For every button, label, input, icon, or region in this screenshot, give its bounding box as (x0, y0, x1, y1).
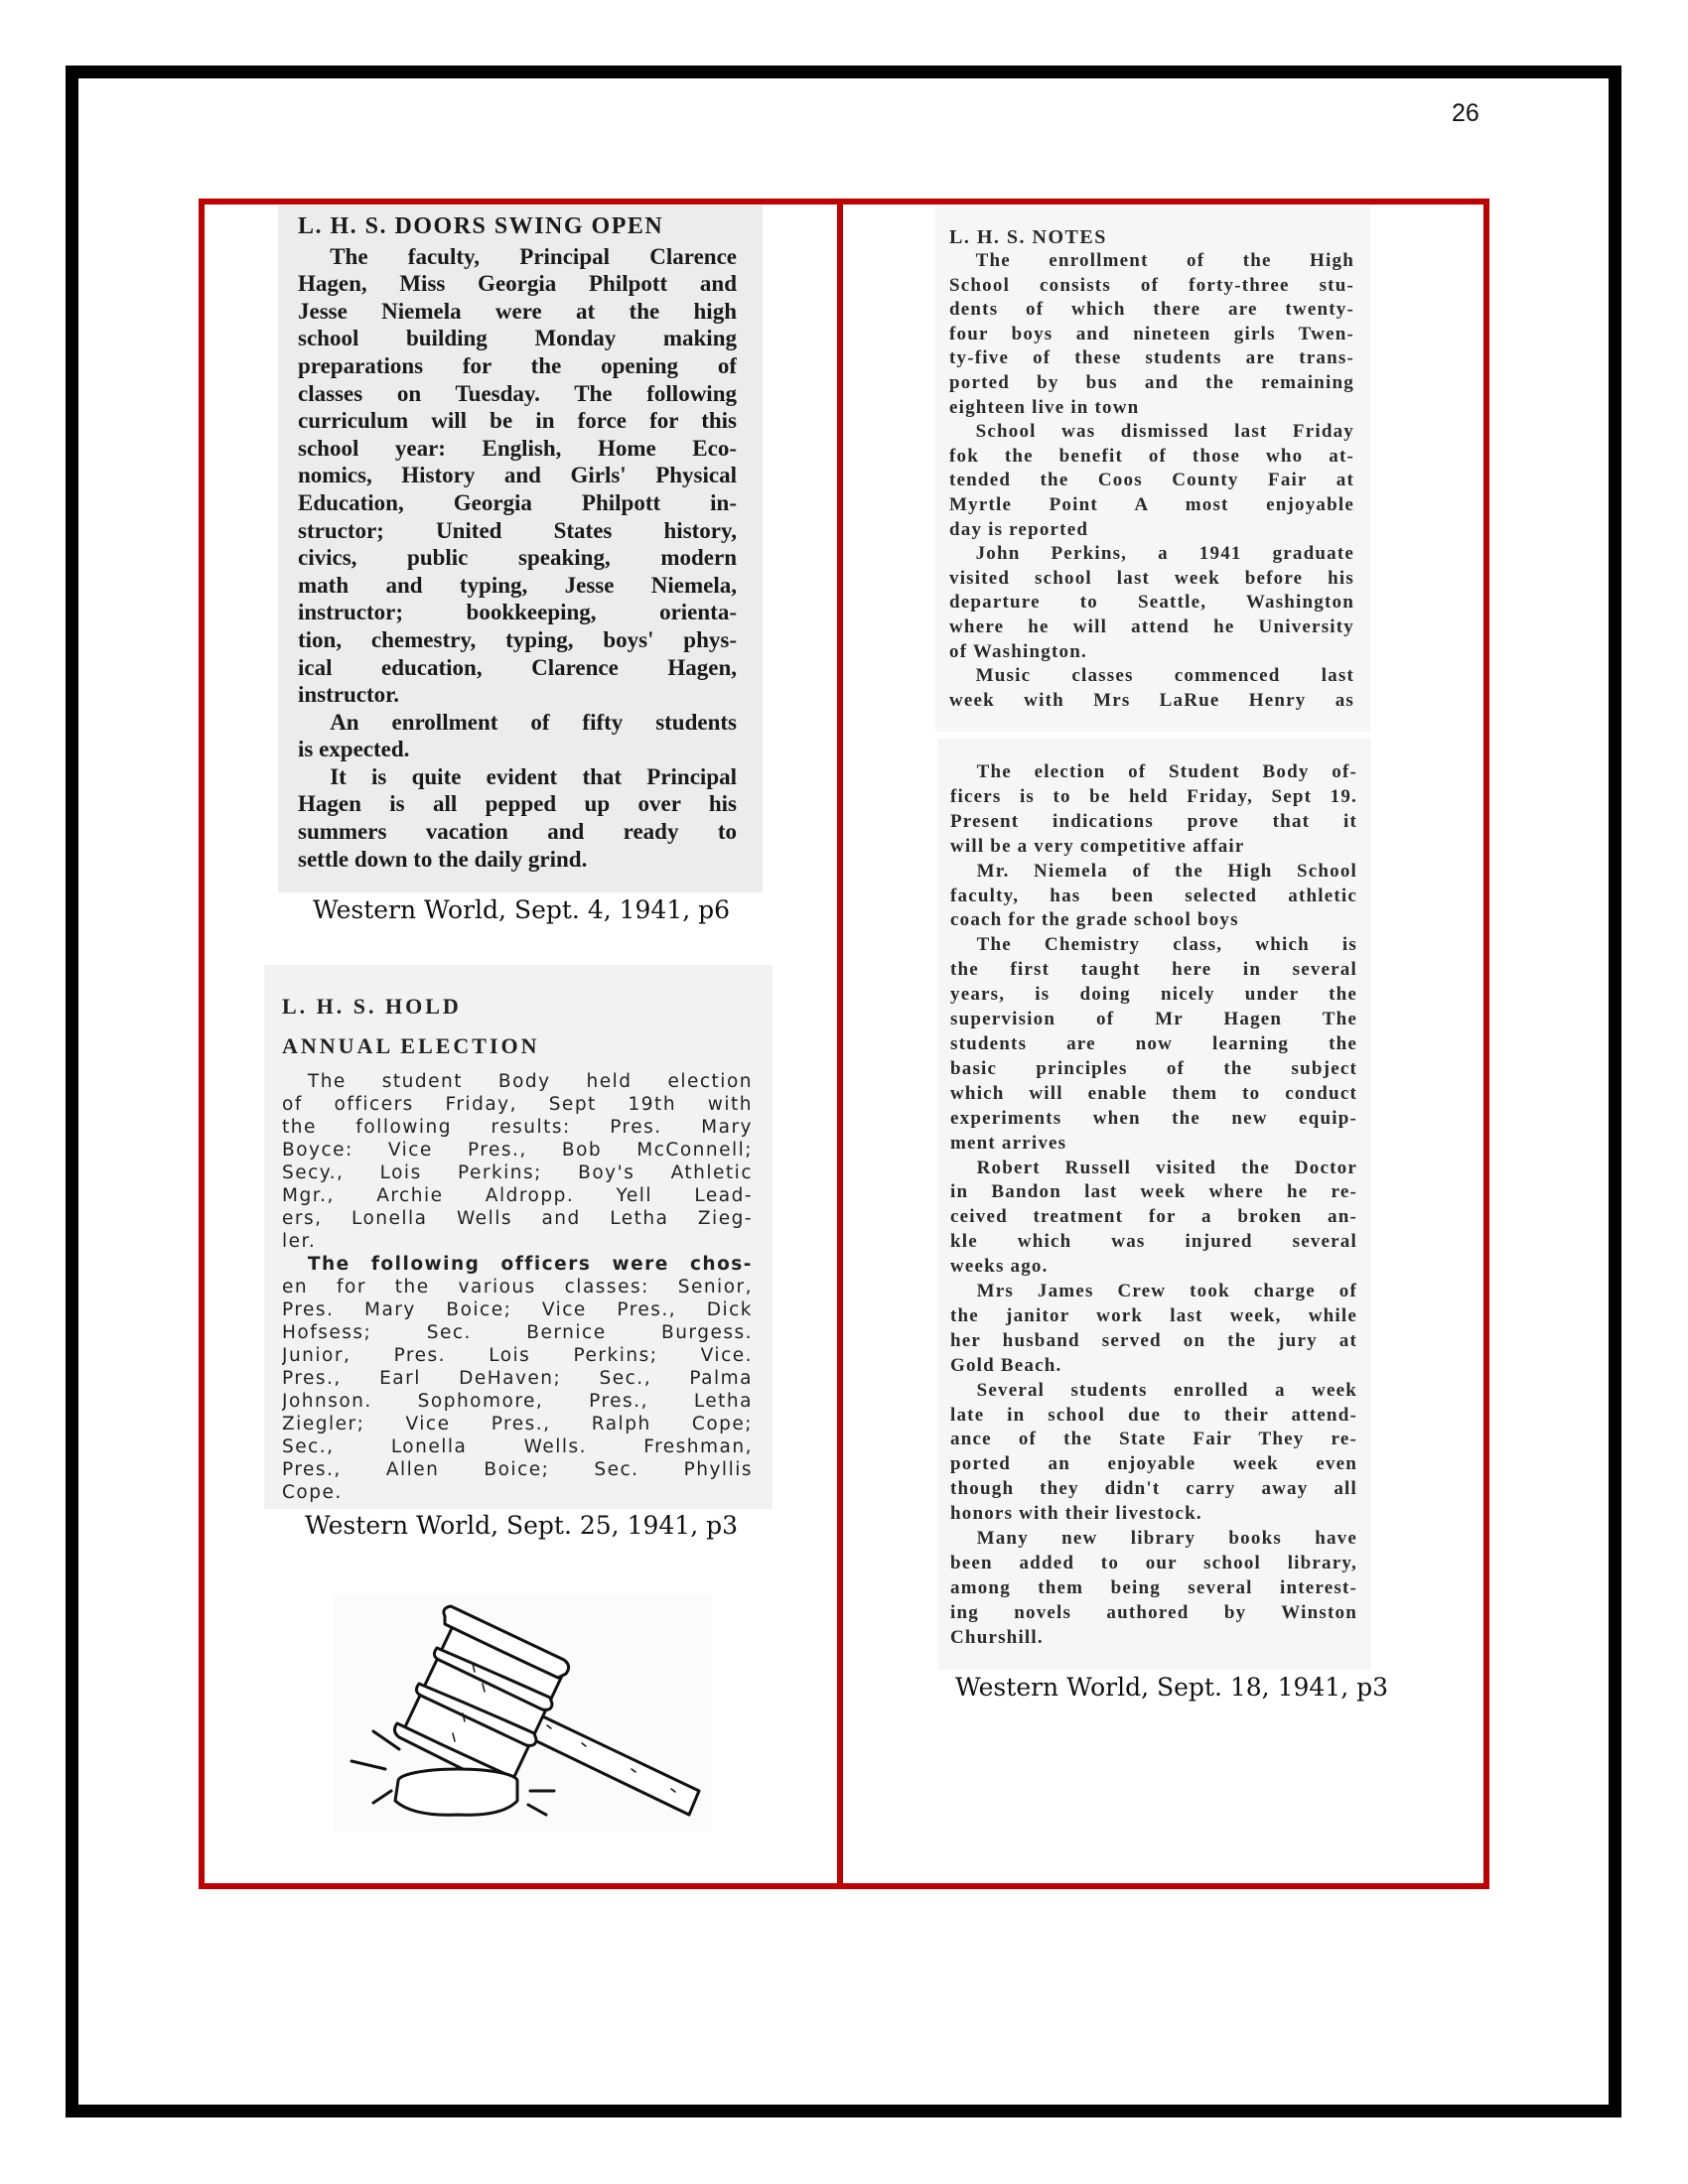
clipping-text-line: in Bandon last week where he re- (950, 1180, 1357, 1205)
clipping-text-line: four boys and nineteen girls Twen- (949, 323, 1354, 347)
clipping-text-line: Present indications prove that it (950, 810, 1357, 835)
clipping-lhs-notes-top: L. H. S. NOTES The enrollment of the Hig… (935, 205, 1370, 732)
clipping-caption: Western World, Sept. 25, 1941, p3 (258, 1511, 784, 1540)
clipping-text-line: The Chemistry class, which is (950, 933, 1357, 958)
clipping-text-line: ical education, Clarence Hagen, (298, 654, 737, 682)
clipping-text-line: Education, Georgia Philpott in- (298, 489, 737, 517)
clipping-text-line: It is quite evident that Principal (298, 763, 737, 791)
clipping-text-line: coach for the grade school boys (950, 908, 1357, 933)
clipping-text-line: school building Monday making (298, 325, 737, 352)
clipping-text-line: Sec., Lonella Wells. Freshman, (282, 1435, 753, 1458)
clipping-text-line: honors with their livestock. (950, 1502, 1357, 1527)
clipping-text-line: among them being several interest- (950, 1576, 1357, 1601)
clipping-text-line: Pres., Allen Boice; Sec. Phyllis (282, 1458, 753, 1481)
clipping-text-line: students are now learning the (950, 1032, 1357, 1057)
clipping-text-line: where he will attend he University (949, 615, 1354, 640)
clipping-text-line: weeks ago. (950, 1255, 1357, 1280)
clipping-text-line: preparations for the opening of (298, 352, 737, 380)
clipping-text-line: Churshill. (950, 1626, 1357, 1651)
clipping-text-line: Hagen is all pepped up over his (298, 790, 737, 818)
clipping-text-line: en for the various classes: Senior, (282, 1276, 753, 1298)
clipping-text-line: Pres. Mary Boice; Vice Pres., Dick (282, 1298, 753, 1321)
clipping-text-line: instructor; bookkeeping, orienta- (298, 599, 737, 626)
clipping-text-line: been added to our school library, (950, 1552, 1357, 1576)
page-number: 26 (1452, 99, 1479, 128)
clipping-lhs-notes-continued: The election of Student Body of-ficers i… (938, 739, 1371, 1670)
clipping-text-line: the janitor work last week, while (950, 1304, 1357, 1329)
clipping-text-line: John Perkins, a 1941 graduate (949, 542, 1354, 567)
clipping-text-line: late in school due to their attend- (950, 1404, 1357, 1429)
gavel-icon (334, 1594, 711, 1833)
clipping-text-line: Mr. Niemela of the High School (950, 860, 1357, 885)
clipping-text-line: tended the Coos County Fair at (949, 469, 1354, 493)
clipping-text-line: eighteen live in town (949, 396, 1354, 421)
clipping-text-line: civics, public speaking, modern (298, 544, 737, 572)
clipping-text-line: ficers is to be held Friday, Sept 19. (950, 785, 1357, 810)
clipping-text-line: The student Body held election (282, 1070, 753, 1093)
clipping-annual-election: L. H. S. HOLD ANNUAL ELECTION The studen… (264, 965, 773, 1509)
clipping-text-line: though they didn't carry away all (950, 1477, 1357, 1502)
clipping-headline: L. H. S. DOORS SWING OPEN (298, 213, 737, 241)
clipping-text-line: of Washington. (949, 640, 1354, 665)
clipping-text-line: Johnson. Sophomore, Pres., Letha (282, 1390, 753, 1413)
clipping-text-line: ceived treatment for a broken an- (950, 1205, 1357, 1230)
clipping-text-line: ers, Lonella Wells and Letha Zieg- (282, 1207, 753, 1230)
clipping-text-line: faculty, has been selected athletic (950, 885, 1357, 909)
clipping-text-line: week with Mrs LaRue Henry as (949, 689, 1354, 714)
clipping-text-line: tion, chemestry, typing, boys' phys- (298, 626, 737, 654)
clipping-text-line: Hagen, Miss Georgia Philpott and (298, 270, 737, 298)
clipping-text-line: Ziegler; Vice Pres., Ralph Cope; (282, 1413, 753, 1435)
clipping-text-line: Secy., Lois Perkins; Boy's Athletic (282, 1161, 753, 1184)
clipping-text-line: basic principles of the subject (950, 1057, 1357, 1082)
clipping-text-line: school year: English, Home Eco- (298, 435, 737, 463)
clipping-body: The faculty, Principal ClarenceHagen, Mi… (298, 243, 737, 874)
clipping-text-line: The faculty, Principal Clarence (298, 243, 737, 271)
clipping-text-line: dents of which there are twenty- (949, 298, 1354, 323)
clipping-body: The student Body held electionof officer… (282, 1070, 753, 1504)
clipping-text-line: Robert Russell visited the Doctor (950, 1157, 1357, 1181)
clipping-text-line: instructor. (298, 681, 737, 709)
clipping-text-line: Mrs James Crew took charge of (950, 1280, 1357, 1304)
clipping-text-line: Boyce: Vice Pres., Bob McConnell; (282, 1139, 753, 1161)
clipping-body: The enrollment of the HighSchool consist… (949, 249, 1354, 713)
clipping-text-line: The enrollment of the High (949, 249, 1354, 274)
column-divider (837, 199, 843, 1889)
clipping-text-line: is expected. (298, 736, 737, 763)
clipping-subheadline: ANNUAL ELECTION (282, 1026, 753, 1066)
clipping-text-line: Pres., Earl DeHaven; Sec., Palma (282, 1367, 753, 1390)
clipping-text-line: ty-five of these students are trans- (949, 346, 1354, 371)
clipping-text-line: her husband served on the jury at (950, 1329, 1357, 1354)
clipping-text-line: Jesse Niemela were at the high (298, 298, 737, 326)
clipping-text-line: the first taught here in several (950, 958, 1357, 983)
clipping-text-line: Many new library books have (950, 1527, 1357, 1552)
clipping-text-line: summers vacation and ready to (298, 818, 737, 846)
clipping-text-line: School consists of forty-three stu- (949, 274, 1354, 299)
clipping-text-line: nomics, History and Girls' Physical (298, 462, 737, 489)
clipping-text-line: ported an enjoyable week even (950, 1452, 1357, 1477)
clipping-text-line: Gold Beach. (950, 1354, 1357, 1379)
clipping-headline: L. H. S. NOTES (949, 225, 1354, 249)
clipping-headline: L. H. S. HOLD (282, 987, 753, 1026)
clipping-text-line: Junior, Pres. Lois Perkins; Vice. (282, 1344, 753, 1367)
clipping-text-line: School was dismissed last Friday (949, 420, 1354, 445)
clipping-text-line: Cope. (282, 1481, 753, 1504)
clipping-text-line: years, is doing nicely under the (950, 983, 1357, 1008)
clipping-text-line: An enrollment of fifty students (298, 709, 737, 737)
clipping-text-line: visited school last week before his (949, 567, 1354, 592)
clipping-text-line: which will enable them to conduct (950, 1082, 1357, 1107)
clipping-doors-swing-open: L. H. S. DOORS SWING OPEN The faculty, P… (278, 205, 763, 892)
clipping-text-line: departure to Seattle, Washington (949, 591, 1354, 615)
clipping-text-line: Several students enrolled a week (950, 1379, 1357, 1404)
clipping-body: The election of Student Body of-ficers i… (950, 760, 1357, 1651)
clipping-text-line: day is reported (949, 518, 1354, 543)
clipping-text-line: ler. (282, 1230, 753, 1253)
clipping-text-line: ing novels authored by Winston (950, 1601, 1357, 1626)
clipping-text-line: experiments when the new equip- (950, 1107, 1357, 1132)
clipping-text-line: The election of Student Body of- (950, 760, 1357, 785)
clipping-text-line: math and typing, Jesse Niemela, (298, 572, 737, 600)
clipping-text-line: classes on Tuesday. The following (298, 380, 737, 408)
clipping-text-line: will be a very competitive affair (950, 835, 1357, 860)
clipping-text-line: fok the benefit of those who at- (949, 445, 1354, 470)
clipping-text-line: ment arrives (950, 1132, 1357, 1157)
clipping-text-line: structor; United States history, (298, 517, 737, 545)
clipping-caption: Western World, Sept. 4, 1941, p6 (268, 895, 774, 924)
clipping-text-line: the following results: Pres. Mary (282, 1116, 753, 1139)
clipping-text-line: Music classes commenced last (949, 664, 1354, 689)
clipping-text-line: ported by bus and the remaining (949, 371, 1354, 396)
clipping-text-line: Myrtle Point A most enjoyable (949, 493, 1354, 518)
clipping-text-line: kle which was injured several (950, 1230, 1357, 1255)
clipping-caption: Western World, Sept. 18, 1941, p3 (923, 1673, 1420, 1702)
clipping-text-line: The following officers were chos- (282, 1253, 753, 1276)
clipping-text-line: ance of the State Fair They re- (950, 1428, 1357, 1452)
clipping-text-line: settle down to the daily grind. (298, 846, 737, 874)
clipping-text-line: supervision of Mr Hagen The (950, 1008, 1357, 1032)
clipping-text-line: of officers Friday, Sept 19th with (282, 1093, 753, 1116)
clipping-text-line: Mgr., Archie Aldropp. Yell Lead- (282, 1184, 753, 1207)
clipping-text-line: curriculum will be in force for this (298, 407, 737, 435)
clipping-text-line: Hofsess; Sec. Bernice Burgess. (282, 1321, 753, 1344)
